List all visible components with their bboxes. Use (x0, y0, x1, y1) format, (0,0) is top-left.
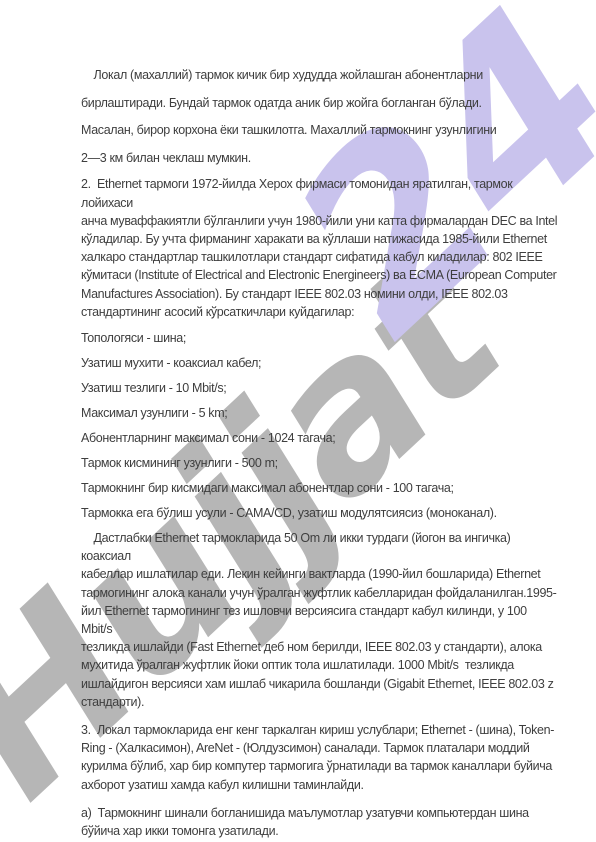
spec-item-max-length: Максимал узунлиги - 5 km; (81, 404, 559, 422)
spec-item-access-method: Тармокка ега бўлиш усули - CAMA/CD, узат… (81, 504, 559, 522)
spec-item-max-subscribers: Абонентларнинг максимал сони - 1024 тага… (81, 429, 559, 447)
spec-item-segment-length: Тармок кисмининг узунлиги - 500 m; (81, 454, 559, 472)
ethernet-spec-list: Топологяси - шина; Узатиш мухити - коакс… (81, 329, 559, 522)
document-page: Hujjat 24 Локал (махаллий) тармок кичик … (0, 0, 596, 842)
spec-item-speed: Узатиш тезлиги - 10 Mbit/s; (81, 379, 559, 397)
spec-item-topology: Топологяси - шина; (81, 329, 559, 347)
paragraph-access-methods: 3. Локал тармокларида енг кенг таркалган… (81, 721, 559, 794)
paragraph-bus-connection: а) Тармокнинг шинали богланишида маълумо… (81, 804, 559, 840)
document-content: Локал (махаллий) тармок кичик бир худудд… (81, 62, 559, 840)
paragraph-cables-versions: Дастлабки Ethernet тармокларида 50 Om ли… (81, 529, 559, 711)
spec-item-segment-subs: Тармокнинг бир кисмидаги максимал абонен… (81, 479, 559, 497)
paragraph-ethernet-history: 2. Ethernet тармоги 1972-йилда Херох фир… (81, 175, 559, 321)
paragraph-local-network-intro: Локал (махаллий) тармок кичик бир худудд… (81, 62, 559, 172)
spec-item-medium: Узатиш мухити - коаксиал кабел; (81, 354, 559, 372)
